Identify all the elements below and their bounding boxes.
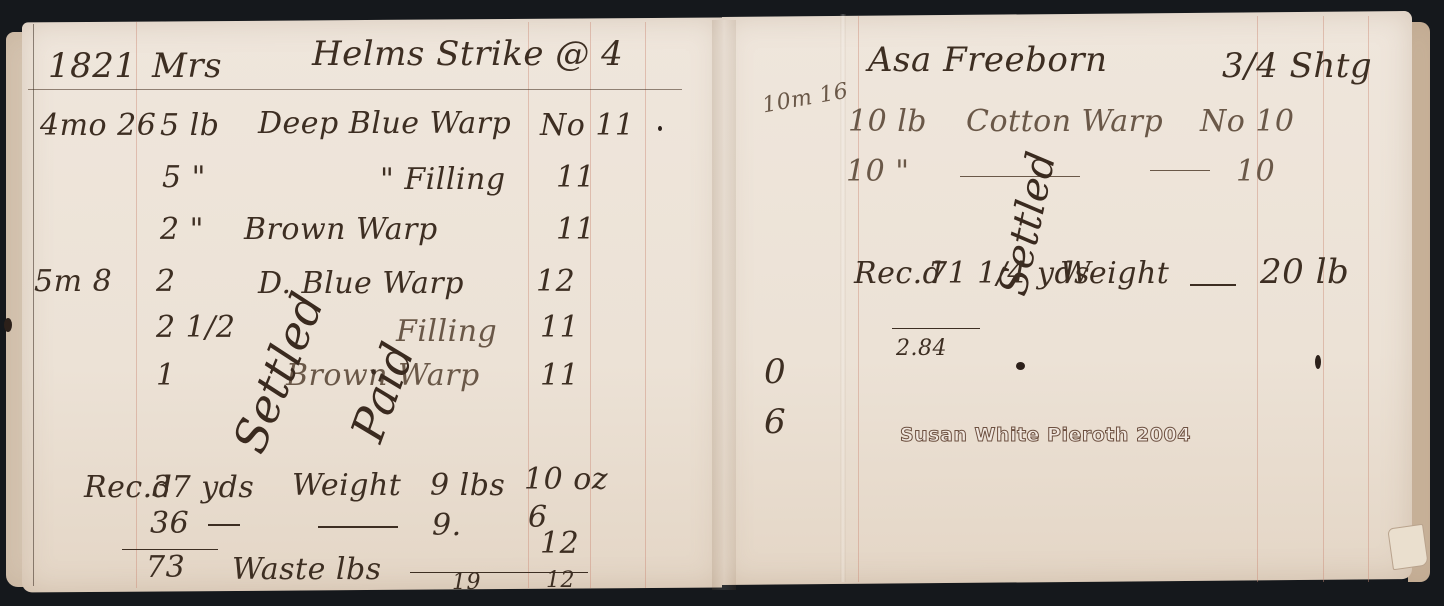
margin-mark: 0 <box>764 352 786 392</box>
book-gutter <box>712 20 736 590</box>
ledger-spread: 1821 Mrs Helms Strike @ 4 4mo 26 5 lb De… <box>0 0 1444 606</box>
ink-spot <box>1016 362 1025 370</box>
entry-number: No 10 <box>1200 104 1295 139</box>
dog-ear-corner <box>1387 524 1428 571</box>
entry-date: 4mo 26 <box>40 108 156 143</box>
header-rule <box>28 89 682 90</box>
dash <box>208 524 240 526</box>
entry-number: 11 <box>556 160 595 195</box>
entry-description: Deep Blue Warp <box>258 106 511 141</box>
column-rule <box>645 22 646 588</box>
column-rule <box>1368 16 1369 582</box>
header-note: 3/4 Shtg <box>1222 46 1372 86</box>
waste-oz-b: 12 <box>546 568 575 593</box>
entry-qty: 5 lb <box>160 108 219 143</box>
entry-number: 12 <box>536 264 575 299</box>
entry-qty: 2 " <box>160 212 204 247</box>
margin-rule <box>858 16 859 582</box>
weight-value: 20 lb <box>1260 252 1349 292</box>
header-prefix: Mrs <box>152 46 222 86</box>
entry-qty: 10 lb <box>848 104 927 139</box>
received-yards: 37 yds <box>152 470 254 505</box>
weight-lbs: 9 lbs <box>430 468 505 503</box>
entry-qty: 5 " <box>162 160 206 195</box>
column-rule <box>1257 16 1258 582</box>
computed-value: 2.84 <box>896 336 947 361</box>
weight-underline <box>318 526 398 528</box>
entry-description: Filling <box>396 314 497 349</box>
copyright-watermark: Susan White Pieroth 2004 <box>900 424 1191 446</box>
entry-number: 11 <box>540 310 579 345</box>
left-border-rule <box>33 24 34 586</box>
weight-label: Weight <box>1060 256 1169 291</box>
entry-number: No 11 <box>540 108 635 143</box>
entry-number: 11 <box>540 358 579 393</box>
calc-rule <box>892 328 980 329</box>
column-rule <box>590 22 591 588</box>
lbs-line-2: 9. <box>432 508 462 543</box>
waste-label: Waste lbs <box>232 552 382 587</box>
ink-spot <box>4 318 12 332</box>
header-year: 1821 <box>48 46 137 86</box>
margin-mark: 6 <box>764 402 786 442</box>
entry-description: Cotton Warp <box>966 104 1163 139</box>
header-name: Asa Freeborn <box>868 40 1108 80</box>
weight-oz: 10 oz <box>524 462 608 497</box>
waste-lbs: 19 <box>452 570 481 595</box>
ditto-line <box>1150 170 1210 171</box>
entry-number: 10 <box>1236 154 1275 189</box>
total-yards: 73 <box>146 550 185 585</box>
entry-number: 11 <box>556 212 595 247</box>
entry-description: Brown Warp <box>244 212 438 247</box>
dash <box>1190 284 1236 286</box>
entry-description: " Filling <box>380 162 506 197</box>
entry-qty: 2 1/2 <box>156 310 235 345</box>
yards-line-2: 36 <box>150 506 189 541</box>
ink-spot <box>1315 355 1321 369</box>
entry-qty: 1 <box>156 358 176 393</box>
entry-qty: 10 " <box>846 154 910 189</box>
ink-spot <box>658 126 662 131</box>
left-page <box>22 18 722 593</box>
weight-label: Weight <box>292 468 401 503</box>
header-name: Helms Strike @ 4 <box>312 34 623 74</box>
entry-qty: 2 <box>156 264 176 299</box>
column-rule <box>1323 16 1324 582</box>
entry-date: 5m 8 <box>34 264 112 299</box>
waste-oz-a: 12 <box>540 526 579 561</box>
